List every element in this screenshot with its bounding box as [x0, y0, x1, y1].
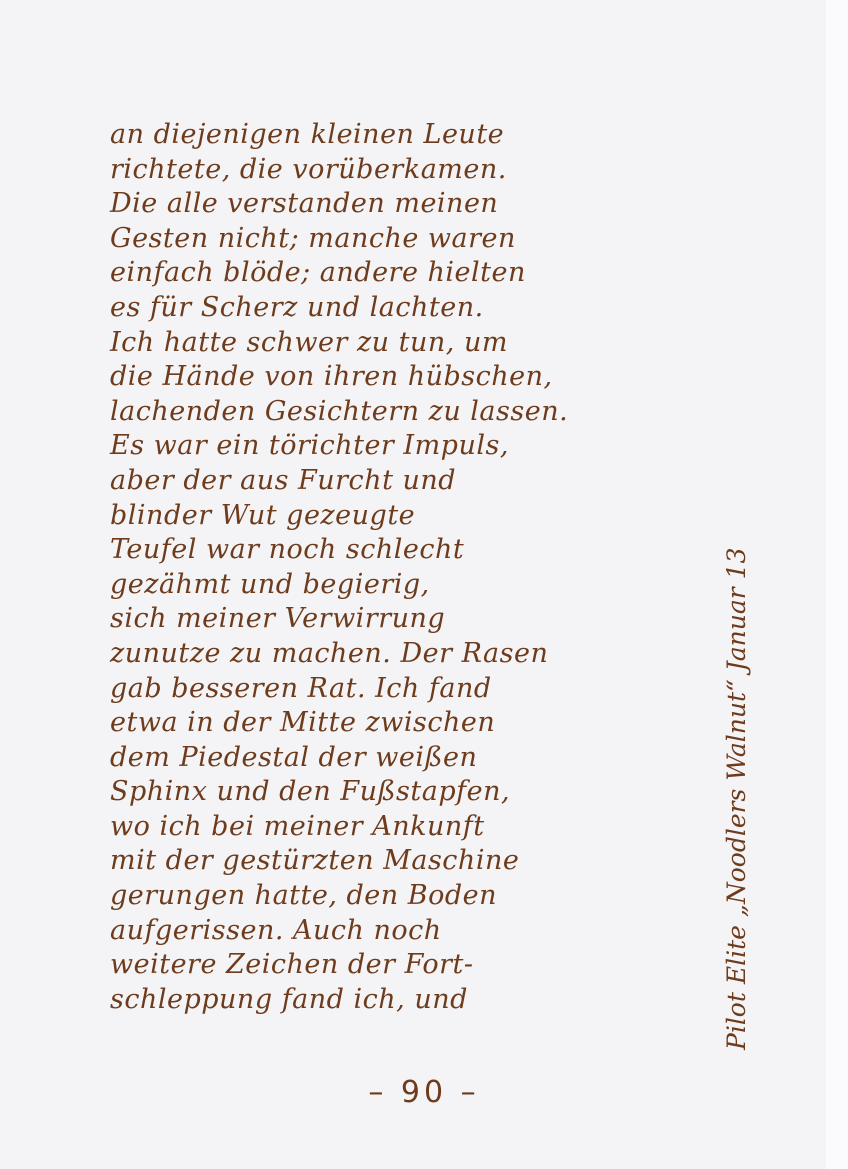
vertical-margin-note: Pilot Elite „Noodlers Walnut“ Januar 13 [722, 120, 751, 1050]
text-line: richtete, die vorüberkamen. [110, 153, 690, 188]
text-line: gezähmt und begierig, [110, 568, 690, 603]
text-line: blinder Wut gezeugte [110, 499, 690, 534]
page-number: – 90 – [0, 1075, 848, 1110]
text-line: gerungen hatte, den Boden [110, 879, 690, 914]
text-line: gab besseren Rat. Ich fand [110, 672, 690, 707]
text-line: Die alle verstanden meinen [110, 187, 690, 222]
text-line: dem Piedestal der weißen [110, 741, 690, 776]
text-line: Sphinx und den Fußstapfen, [110, 775, 690, 810]
text-line: sich meiner Verwirrung [110, 602, 690, 637]
text-line: mit der gestürzten Maschine [110, 844, 690, 879]
text-line: Teufel war noch schlecht [110, 533, 690, 568]
text-line: wo ich bei meiner Ankunft [110, 810, 690, 845]
scan-edge-strip [826, 0, 848, 1169]
text-line: die Hände von ihren hübschen, [110, 360, 690, 395]
text-line: Ich hatte schwer zu tun, um [110, 326, 690, 361]
text-line: etwa in der Mitte zwischen [110, 706, 690, 741]
text-line: Gesten nicht; manche waren [110, 222, 690, 257]
text-line: aber der aus Furcht und [110, 464, 690, 499]
handwritten-text-body: an diejenigen kleinen Leute richtete, di… [110, 118, 690, 1017]
text-line: einfach blöde; andere hielten [110, 256, 690, 291]
text-line: zunutze zu machen. Der Rasen [110, 637, 690, 672]
text-line: schleppung fand ich, und [110, 983, 690, 1018]
text-line: Es war ein törichter Impuls, [110, 429, 690, 464]
text-line: weitere Zeichen der Fort- [110, 948, 690, 983]
text-line: lachenden Gesichtern zu lassen. [110, 395, 690, 430]
text-line: es für Scherz und lachten. [110, 291, 690, 326]
text-line: an diejenigen kleinen Leute [110, 118, 690, 153]
text-line: aufgerissen. Auch noch [110, 914, 690, 949]
